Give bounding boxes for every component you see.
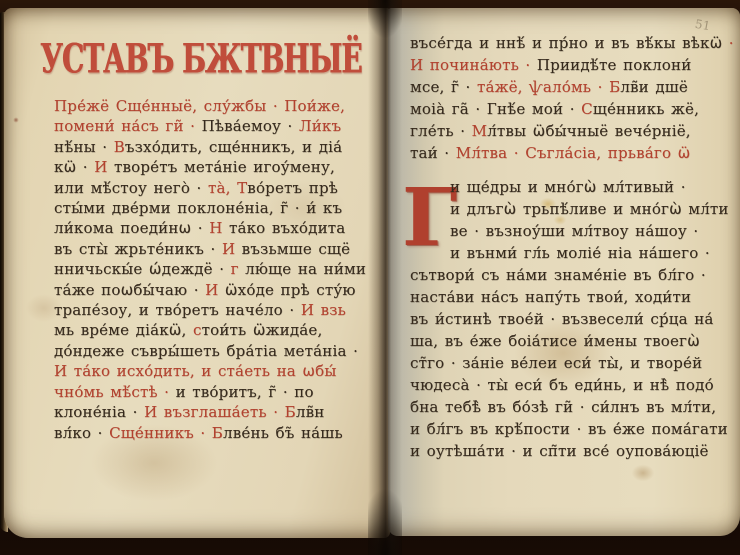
left-page-title: УСТАВЪ БЖТВНЫЁ — [40, 34, 390, 108]
text-line: та́же поѡбы́чаю · И ѡ̈хо́де прѣ сту́ю — [54, 280, 382, 300]
text-line: клоне́ніа · И възглаша́еть · Блв̃н — [54, 402, 382, 422]
text-line: сты́ми две́рми поклоне́ніа, г̃ · и́ къ — [54, 198, 382, 218]
text-line: И та́ко исхо́дить, и ста́еть на ѡбы́ — [54, 361, 382, 381]
text-line: вл́ко · Сще́нникъ · Блве́нь бъ̃ на́шь — [54, 423, 382, 443]
text-line: въсе́гда и ннѣ́ и пр́но и въ вѣ́кы вѣкѡ̈… — [410, 32, 736, 54]
old-book-photo: УСТАВЪ БЖТВНЫЁ Пре́жё Сще́нныё, слу́жбы … — [0, 0, 740, 555]
drop-cap-initial: Г — [402, 176, 444, 264]
text-line: трапе́зоу, и тво́ретъ наче́ло · И взь — [54, 300, 382, 320]
text-line: или мѣ́стоу него̀ · та̀, Тво́ретъ прѣ — [54, 178, 382, 198]
text-line: бна тебѣ̀ въ бо́зѣ ги̃ · си́лнъ въ мл́ти… — [410, 396, 736, 418]
text-line: чно́мь мѣ́стѣ · и тво́ритъ, г̃ · по — [54, 382, 382, 402]
text-line: таи́ · Мл́тва · Съгла́сіа, прьва́го ѡ̈ — [410, 142, 736, 164]
text-line: и ще́дры и мно́гѡ̀ мл́тивый · — [450, 176, 729, 198]
right-page-text-beside-initial: и ще́дры и мно́гѡ̀ мл́тивый ·и длъгѡ̀ тр… — [446, 176, 733, 264]
text-line: И почина́ють · Приидѣ́те поклони́ — [410, 54, 736, 76]
text-line: въ и́стинѣ твое́й · възвесели́ ср́ца на́ — [410, 308, 736, 330]
text-line: мсе, г̃ · та́жё, ѱало́мь · Блв̃и дшё — [410, 76, 736, 98]
text-line: нѣ́ны · Възхо́дить, сще́нникъ, и діа́ — [54, 137, 382, 157]
text-line: ли́кома поеди́нѡ · Н та́ко въхо́дита — [54, 218, 382, 238]
prayer-opening: Г и ще́дры и мно́гѡ̀ мл́тивый ·и длъгѡ̀ … — [388, 176, 740, 264]
text-line: кѡ̈ · И творе́тъ мета́ніе игоу́мену, — [54, 157, 382, 177]
text-line: чюдеса̀ · ты̀ еси́ бъ еди́нь, и нѣ̀ подо… — [410, 374, 736, 396]
text-line: ст̃го · за́ніе ве́леи еси́ ты̀, и творе́… — [410, 352, 736, 374]
text-line: ша, въ е́же боіа́тисе и́мены твоегѡ̀ — [410, 330, 736, 352]
right-page: 51 въсе́гда и ннѣ́ и пр́но и въ вѣ́кы вѣ… — [388, 8, 740, 536]
text-line: нничьскы́е ѡ́деждё · г лю́ще на ни́ми — [54, 259, 382, 279]
text-line: наста́ви на́съ напу́ть твои́, ходи́ти — [410, 286, 736, 308]
text-line: помени́ на́съ ги̃ · Пѣва́емоу · Ли́къ — [54, 116, 382, 136]
text-line: и бл́гъ въ крѣ́пости · въ е́же пома́гати — [410, 418, 736, 440]
text-line: ве · възноу́ши мл́твоу на́шоу · — [450, 220, 729, 242]
text-line: гле́ть · Мл́твы ѡ̈бы́чныё вече́рніё, — [410, 120, 736, 142]
text-line: и оутѣша́ти · и сп̃ти все́ оупова́юціё — [410, 440, 736, 462]
left-page-text: Пре́жё Сще́нныё, слу́жбы · Пои́же,помени… — [4, 96, 390, 443]
text-line: моіа̀ га̃ · Гнѣ́е мои́ · Сще́нникь жё, — [410, 98, 736, 120]
text-line: и длъгѡ̀ трьпѣ́ливе и мно́гѡ̀ мл́ти — [450, 198, 729, 220]
left-page: УСТАВЪ БЖТВНЫЁ Пре́жё Сще́нныё, слу́жбы … — [4, 8, 390, 538]
text-line: до́ндеже съвры́шеть бра́тіа мета́ніа · — [54, 341, 382, 361]
page-number-pencil: 51 — [694, 17, 711, 33]
text-line: въ сты̀ жрьте́никъ · И възьмше сщё — [54, 239, 382, 259]
right-page-text-bottom: сътвори́ съ на́ми знаме́ніе въ бл́го ·на… — [388, 264, 740, 462]
text-line: мь вре́ме діа́кѡ̈, стои́ть ѡ̈жида́е, — [54, 320, 382, 340]
right-page-text-top: въсе́гда и ннѣ́ и пр́но и въ вѣ́кы вѣкѡ̈… — [388, 8, 740, 164]
text-line: и вънми́ гл́ь моліе́ ніа на́шего · — [450, 242, 729, 264]
text-line: сътвори́ съ на́ми знаме́ніе въ бл́го · — [410, 264, 736, 286]
